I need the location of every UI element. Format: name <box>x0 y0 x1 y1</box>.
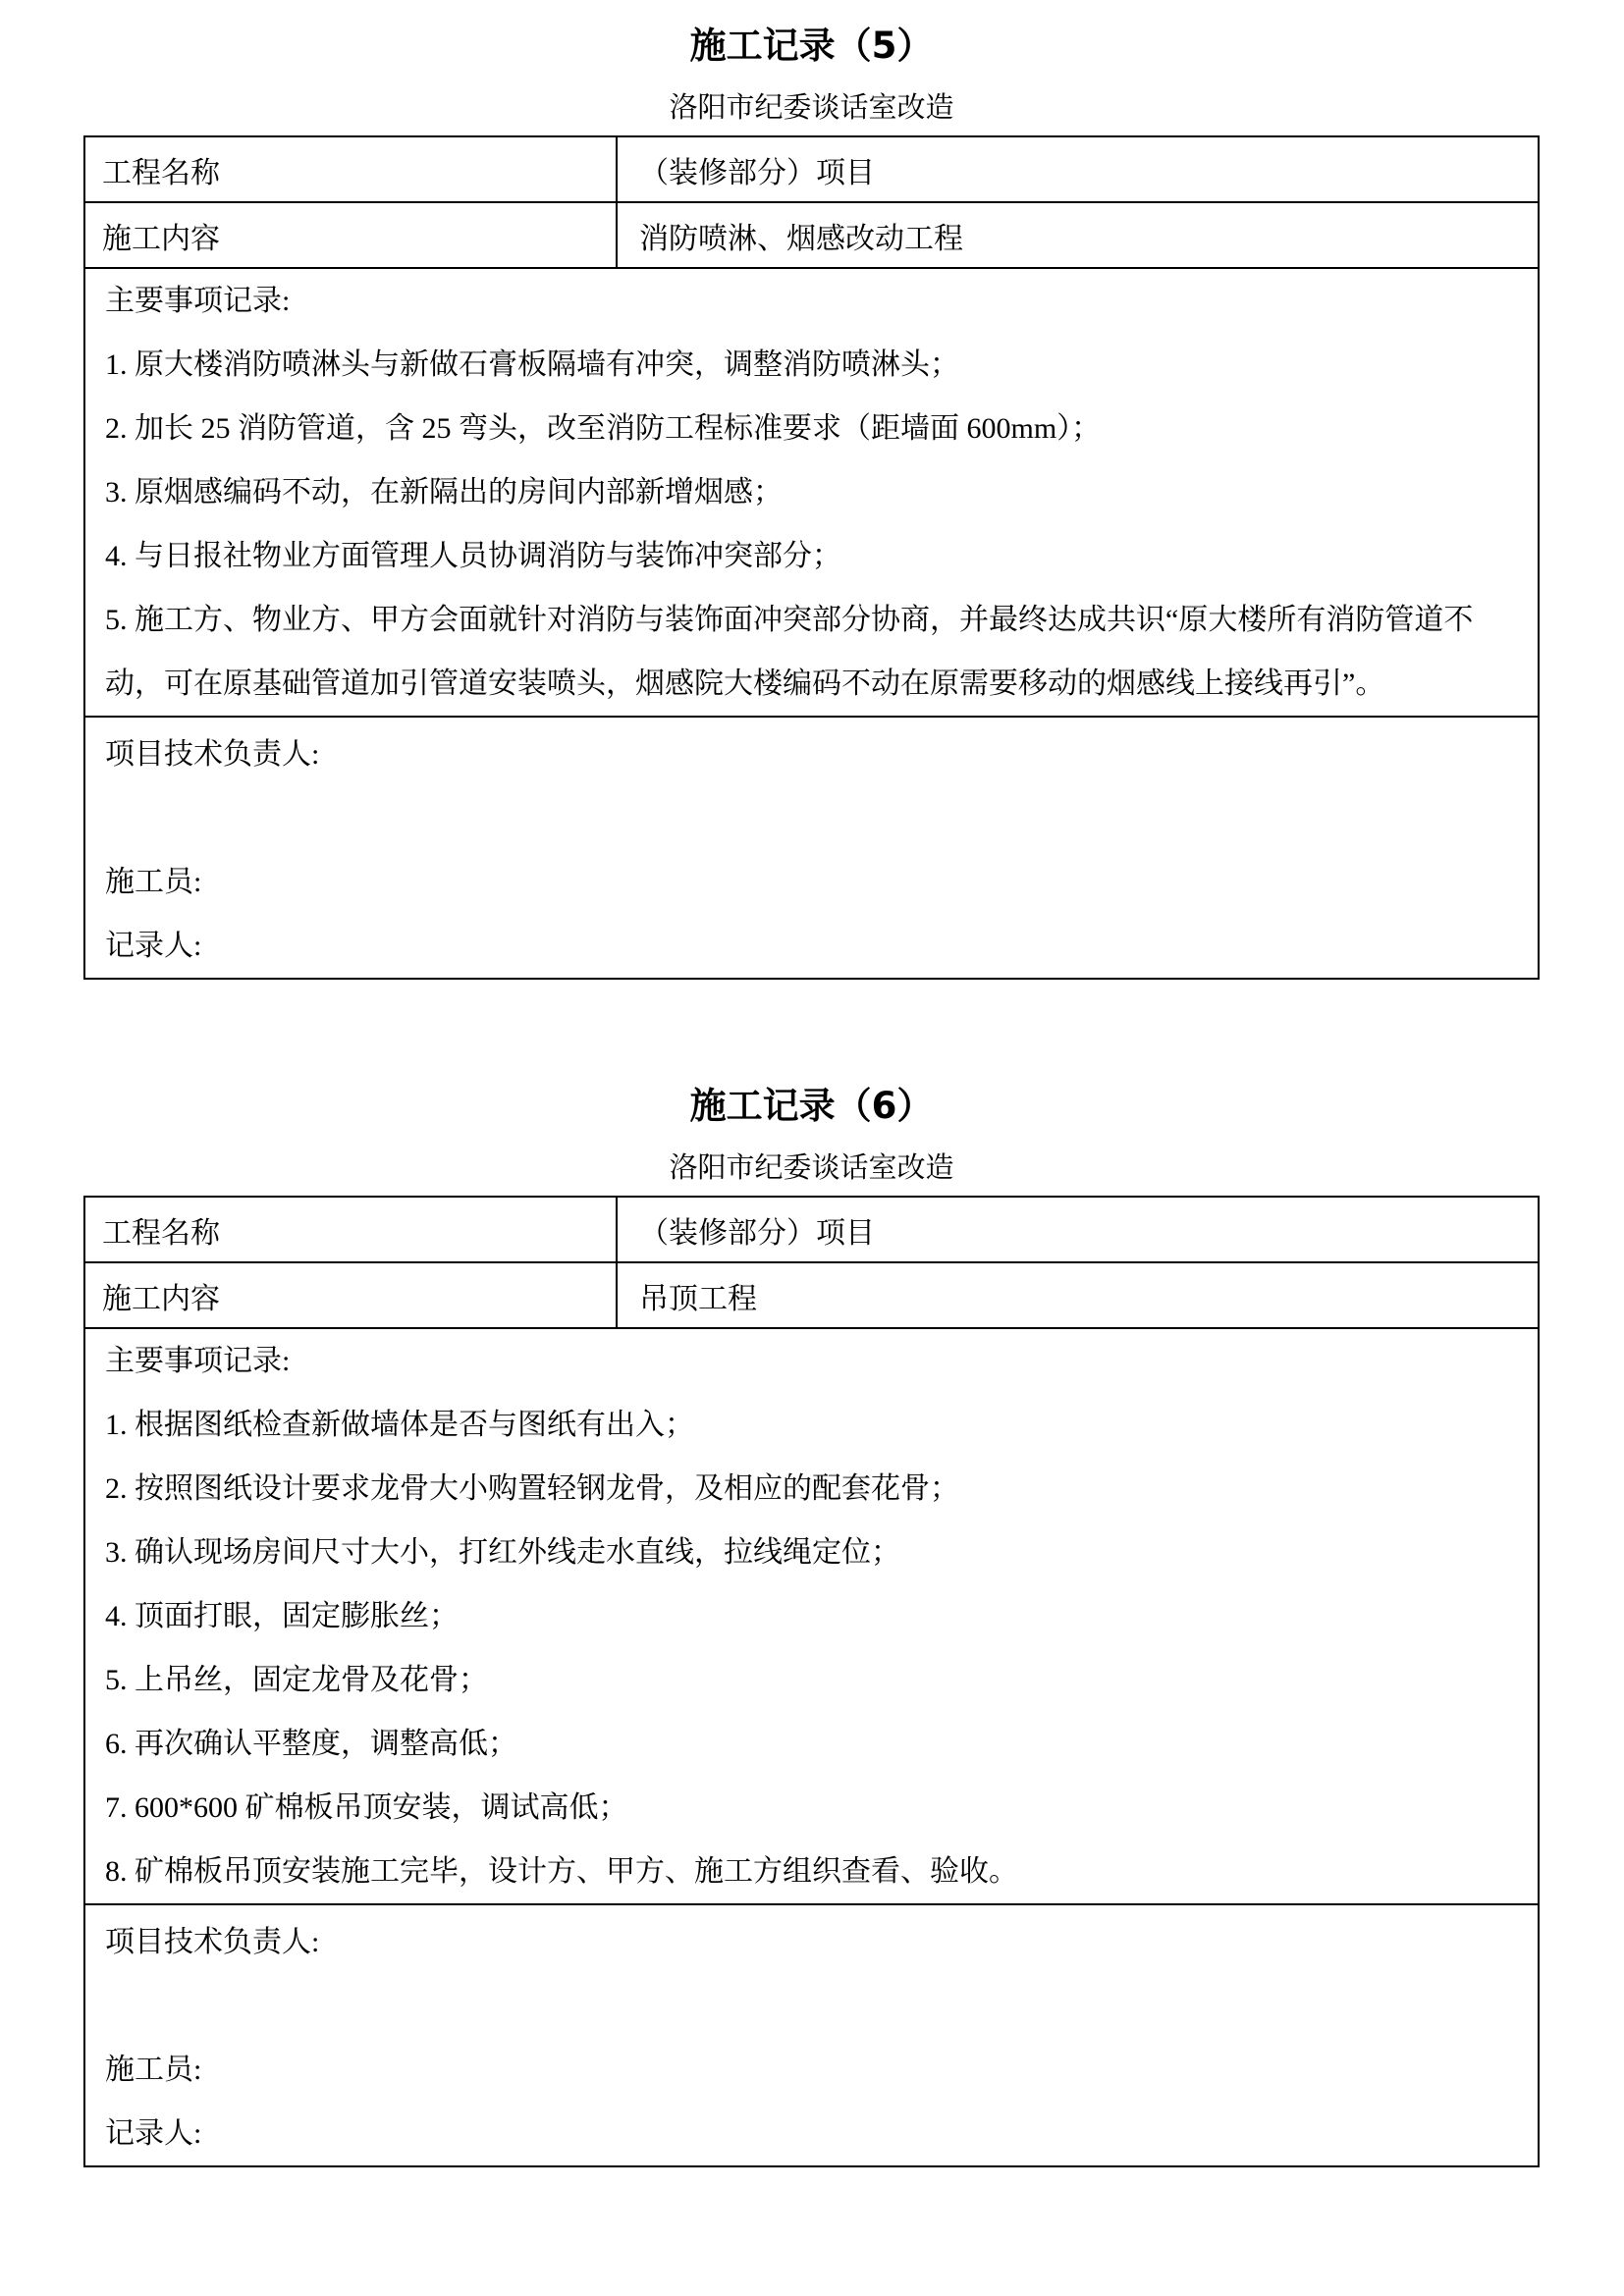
field-value: 消防喷淋、烟感改动工程 <box>618 214 1538 257</box>
table-row: 主要事项记录: 1. 原大楼消防喷淋头与新做石膏板隔墙有冲突，调整消防喷淋头； … <box>84 268 1539 717</box>
signature-recorder: 记录人: <box>105 914 1518 978</box>
note-item: 7. 600*600 矿棉板吊顶安装，调试高低； <box>105 1776 1518 1840</box>
field-label: 施工内容 <box>85 1274 616 1317</box>
page-title: 施工记录（5） <box>83 22 1540 71</box>
project-name-label-cell: 工程名称 <box>84 1197 617 1262</box>
main-notes-cell: 主要事项记录: 1. 原大楼消防喷淋头与新做石膏板隔墙有冲突，调整消防喷淋头； … <box>84 268 1539 717</box>
note-item: 4. 顶面打眼，固定膨胀丝； <box>105 1584 1518 1648</box>
project-name-label-cell: 工程名称 <box>84 136 617 202</box>
project-name-value-cell: （装修部分）项目 <box>617 136 1539 202</box>
construction-record-5-section: 施工记录（5） 洛阳市纪委谈话室改造 工程名称 （装修部分）项目 施工内容 消防… <box>83 22 1540 980</box>
note-item: 1. 原大楼消防喷淋头与新做石膏板隔墙有冲突，调整消防喷淋头； <box>105 333 1518 397</box>
field-value: （装修部分）项目 <box>618 1208 1538 1252</box>
note-item: 6. 再次确认平整度，调整高低； <box>105 1712 1518 1776</box>
signature-constructor: 施工员: <box>105 850 1518 914</box>
table-row: 施工内容 消防喷淋、烟感改动工程 <box>84 202 1539 268</box>
signatures-cell: 项目技术负责人: 施工员: 记录人: <box>84 1904 1539 2166</box>
work-content-value-cell: 吊顶工程 <box>617 1262 1539 1328</box>
project-subtitle: 洛阳市纪委谈话室改造 <box>83 1148 1540 1188</box>
note-item: 2. 加长 25 消防管道，含 25 弯头，改至消防工程标准要求（距墙面 600… <box>105 397 1518 460</box>
note-item: 8. 矿棉板吊顶安装施工完毕，设计方、甲方、施工方组织查看、验收。 <box>105 1840 1518 1903</box>
note-item: 3. 原烟感编码不动，在新隔出的房间内部新增烟感； <box>105 460 1518 524</box>
signature-technical-lead: 项目技术负责人: <box>105 1910 1518 1974</box>
table-row: 主要事项记录: 1. 根据图纸检查新做墙体是否与图纸有出入； 2. 按照图纸设计… <box>84 1328 1539 1904</box>
signature-technical-lead: 项目技术负责人: <box>105 722 1518 786</box>
notes-header: 主要事项记录: <box>105 1329 1518 1393</box>
work-content-label-cell: 施工内容 <box>84 1262 617 1328</box>
work-content-label-cell: 施工内容 <box>84 202 617 268</box>
work-content-value-cell: 消防喷淋、烟感改动工程 <box>617 202 1539 268</box>
field-label: 工程名称 <box>85 148 616 191</box>
field-value: （装修部分）项目 <box>618 148 1538 191</box>
project-subtitle: 洛阳市纪委谈话室改造 <box>83 88 1540 128</box>
note-item: 5. 施工方、物业方、甲方会面就针对消防与装饰面冲突部分协商，并最终达成共识“原… <box>105 588 1518 716</box>
table-row: 项目技术负责人: 施工员: 记录人: <box>84 1904 1539 2166</box>
table-row: 工程名称 （装修部分）项目 <box>84 1197 1539 1262</box>
note-item: 2. 按照图纸设计要求龙骨大小购置轻钢龙骨，及相应的配套花骨； <box>105 1457 1518 1521</box>
note-item: 5. 上吊丝，固定龙骨及花骨； <box>105 1648 1518 1712</box>
record-table: 工程名称 （装修部分）项目 施工内容 吊顶工程 主要事项记录: 1. <box>83 1196 1540 2167</box>
page-title: 施工记录（6） <box>83 1082 1540 1131</box>
notes-header: 主要事项记录: <box>105 269 1518 333</box>
field-value: 吊顶工程 <box>618 1274 1538 1317</box>
field-label: 工程名称 <box>85 1208 616 1252</box>
note-item: 3. 确认现场房间尺寸大小，打红外线走水直线，拉线绳定位； <box>105 1521 1518 1584</box>
main-notes-cell: 主要事项记录: 1. 根据图纸检查新做墙体是否与图纸有出入； 2. 按照图纸设计… <box>84 1328 1539 1904</box>
document-page: 施工记录（5） 洛阳市纪委谈话室改造 工程名称 （装修部分）项目 施工内容 消防… <box>0 0 1624 2296</box>
table-row: 施工内容 吊顶工程 <box>84 1262 1539 1328</box>
table-row: 项目技术负责人: 施工员: 记录人: <box>84 717 1539 979</box>
record-table: 工程名称 （装修部分）项目 施工内容 消防喷淋、烟感改动工程 主要事项记录: <box>83 135 1540 980</box>
signature-recorder: 记录人: <box>105 2102 1518 2165</box>
project-name-value-cell: （装修部分）项目 <box>617 1197 1539 1262</box>
table-row: 工程名称 （装修部分）项目 <box>84 136 1539 202</box>
signature-constructor: 施工员: <box>105 2038 1518 2102</box>
signatures-cell: 项目技术负责人: 施工员: 记录人: <box>84 717 1539 979</box>
note-item: 4. 与日报社物业方面管理人员协调消防与装饰冲突部分； <box>105 524 1518 588</box>
field-label: 施工内容 <box>85 214 616 257</box>
note-item: 1. 根据图纸检查新做墙体是否与图纸有出入； <box>105 1393 1518 1457</box>
construction-record-6-section: 施工记录（6） 洛阳市纪委谈话室改造 工程名称 （装修部分）项目 施工内容 吊顶… <box>83 1082 1540 2167</box>
